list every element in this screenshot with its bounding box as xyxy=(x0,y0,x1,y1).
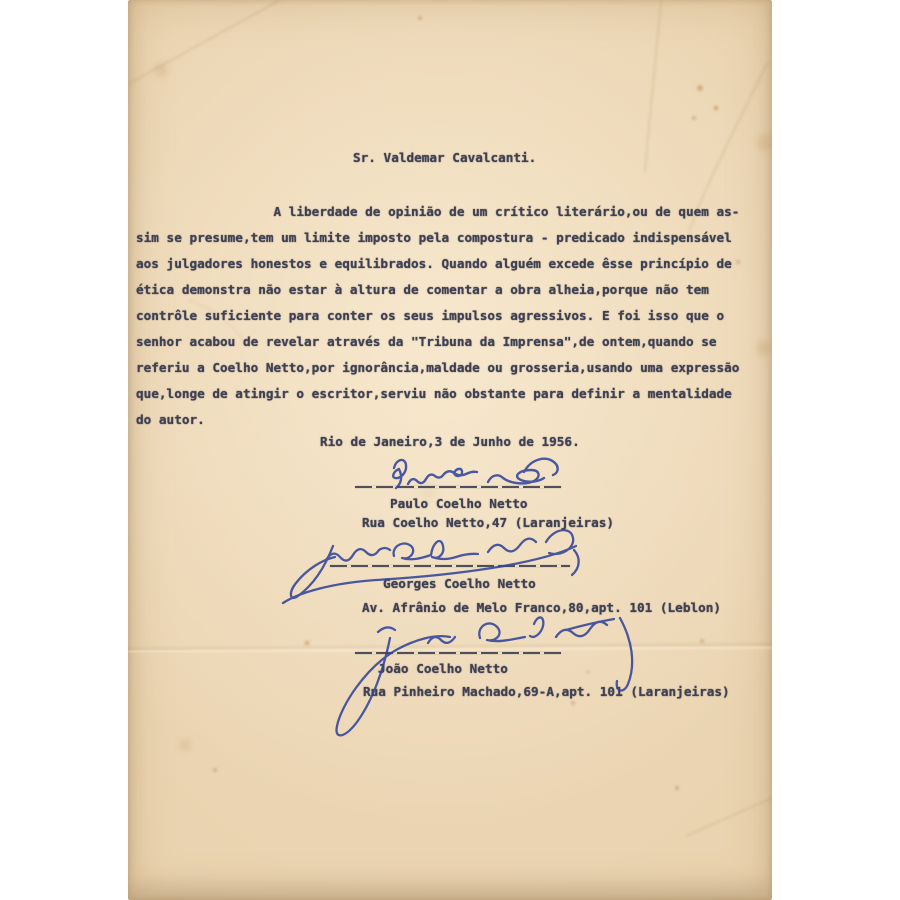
handwritten-signature-paulo xyxy=(393,459,558,488)
scanned-letter: Sr. Valdemar Cavalcanti. A liberdade de … xyxy=(0,0,900,900)
handwritten-signature-georges xyxy=(283,530,579,603)
handwritten-signatures-overlay xyxy=(128,0,772,900)
handwritten-signature-joao xyxy=(337,617,633,735)
letter-paper: Sr. Valdemar Cavalcanti. A liberdade de … xyxy=(128,0,772,900)
